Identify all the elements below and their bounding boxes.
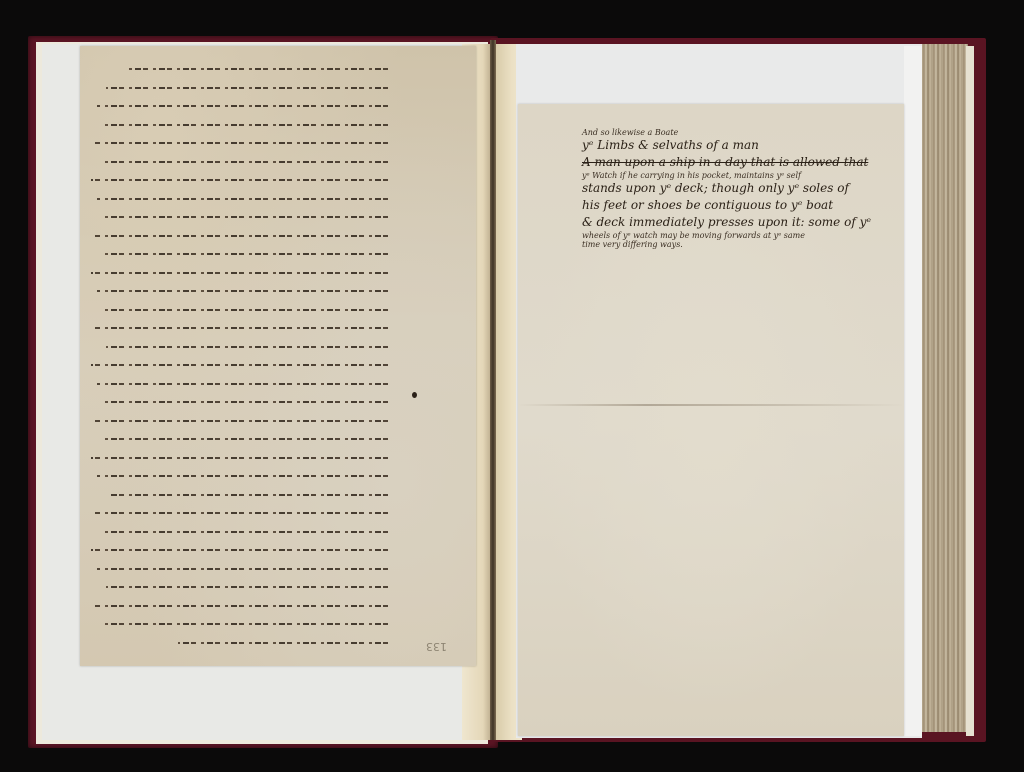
folio-number: 133 [426,640,447,653]
ms-line: time very differing ways. [582,240,902,249]
ms-line: wheels of yᵉ watch may be moving forward… [582,231,902,240]
manuscript-left-page [80,46,476,666]
fore-edge-cap [966,46,974,736]
ms-line-interlinear: yᵉ Watch if he carrying in his pocket, m… [582,171,902,180]
reversed-handwriting-lines [88,52,388,652]
manuscript-right-page: And so likewise a Boate yᵉ Limbs & selva… [518,104,904,736]
right-leaf-edge [904,46,922,736]
ms-line: stands upon yᵉ deck; though only yᵉ sole… [582,180,902,197]
ms-line: yᵉ Limbs & selvaths of a man [582,137,902,154]
ms-line: & deck immediately presses upon it: some… [582,214,902,231]
paper-crease [518,404,904,406]
text-block-fore-edge [922,44,968,732]
ink-blot [412,392,417,398]
ms-line-struck: A man upon a ship in a day that is allow… [582,154,902,171]
ms-line: And so likewise a Boate [582,128,902,137]
handwritten-note: And so likewise a Boate yᵉ Limbs & selva… [582,128,902,249]
ms-line: his feet or shoes be contiguous to yᵉ bo… [582,197,902,214]
